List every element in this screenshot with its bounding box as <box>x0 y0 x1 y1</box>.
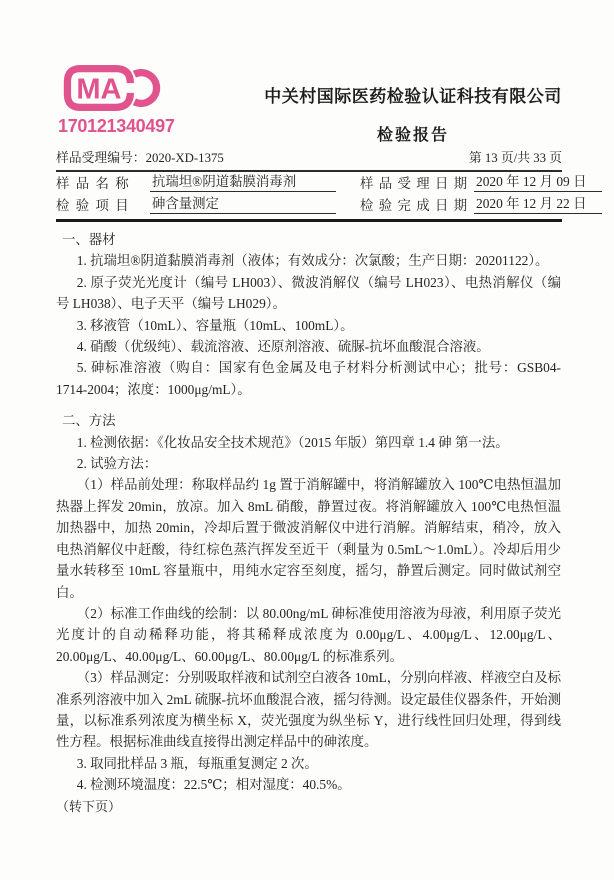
equipment-item-1: 1. 抗瑞坦®阴道黏膜消毒剂（液体；有效成分：次氯酸；生产日期：20201122… <box>56 250 561 271</box>
test-item-value: 砷含量测定 <box>150 193 336 214</box>
acceptance-date-label: 样 品 受 理 日 期 <box>360 173 474 192</box>
equipment-item-4: 4. 硝酸（优级纯）、载流溶液、还原剂溶液、硫脲-抗坏血酸混合溶液。 <box>56 336 561 357</box>
cma-accreditation-icon: MA <box>61 62 161 114</box>
completion-date-value: 2020 年 12 月 22 日 <box>474 193 602 214</box>
sample-number-value: 2020-XD-1375 <box>146 151 224 165</box>
cma-certificate-number: 170121340497 <box>58 116 184 137</box>
inspection-report-page: MA 170121340497 中关村国际医药检验认证科技有限公司 检验报告 样… <box>0 0 614 880</box>
table-row: 样 品 名 称 抗瑞坦®阴道黏膜消毒剂 样 品 受 理 日 期 2020 年 1… <box>56 170 562 192</box>
acceptance-date-value: 2020 年 12 月 09 日 <box>474 171 602 192</box>
section-heading-equipment: 一、器材 <box>56 229 561 250</box>
table-row: 检 验 项 目 砷含量测定 检 验 完 成 日 期 2020 年 12 月 22… <box>56 192 562 214</box>
page-indicator: 第 13 页/共 33 页 <box>469 147 562 166</box>
equipment-item-2: 2. 原子荧光光度计（编号 LH003）、微波消解仪（编号 LH023）、电热消… <box>56 272 561 315</box>
meta-row: 样品受理编号：2020-XD-1375 第 13 页/共 33 页 <box>56 147 562 172</box>
sample-acceptance-number: 样品受理编号：2020-XD-1375 <box>56 147 224 166</box>
test-item-label: 检 验 项 目 <box>56 195 150 214</box>
section-heading-method: 二、方法 <box>56 410 561 431</box>
sample-name-value: 抗瑞坦®阴道黏膜消毒剂 <box>150 171 336 192</box>
method-step-2: （2）标准工作曲线的绘制：以 80.00ng/mL 砷标准使用溶液为母液，利用原… <box>56 603 561 667</box>
sample-name-label: 样 品 名 称 <box>56 173 150 192</box>
method-item-1: 1. 检测依据：《化妆品安全技术规范》（2015 年版）第四章 1.4 砷 第一… <box>56 432 561 453</box>
continued-next-page-note: （转下页） <box>56 796 561 817</box>
equipment-item-5: 5. 砷标准溶液（购自：国家有色金属及电子材料分析测试中心；批号：GSB04-1… <box>56 357 561 400</box>
method-step-1: （1）样品前处理：称取样品约 1g 置于消解罐中，将消解罐放入 100℃电热恒温… <box>56 474 561 602</box>
method-item-4: 4. 检测环境温度：22.5℃；相对湿度：40.5%。 <box>56 774 561 795</box>
method-item-3: 3. 取同批样品 3 瓶，每瓶重复测定 2 次。 <box>56 753 561 774</box>
cma-logo: MA 170121340497 <box>58 62 184 137</box>
completion-date-label: 检 验 完 成 日 期 <box>360 195 474 214</box>
company-name: 中关村国际医药检验认证科技有限公司 <box>238 82 588 107</box>
equipment-item-3: 3. 移液管（10mL）、容量瓶（10mL、100mL）。 <box>56 315 561 336</box>
method-step-3: （3）样品测定：分别吸取样液和试剂空白液各 10mL，分别向样液、样液空白及标准… <box>56 667 561 753</box>
sample-number-label: 样品受理编号： <box>56 151 146 165</box>
report-body: 一、器材 1. 抗瑞坦®阴道黏膜消毒剂（液体；有效成分：次氯酸；生产日期：202… <box>56 229 561 817</box>
cma-mark-letters: MA <box>76 73 121 105</box>
report-title: 检验报告 <box>238 122 588 145</box>
sample-info-table: 样 品 名 称 抗瑞坦®阴道黏膜消毒剂 样 品 受 理 日 期 2020 年 1… <box>56 170 562 222</box>
header-titles: 中关村国际医药检验认证科技有限公司 检验报告 <box>238 82 588 145</box>
method-item-2: 2. 试验方法： <box>56 453 561 474</box>
